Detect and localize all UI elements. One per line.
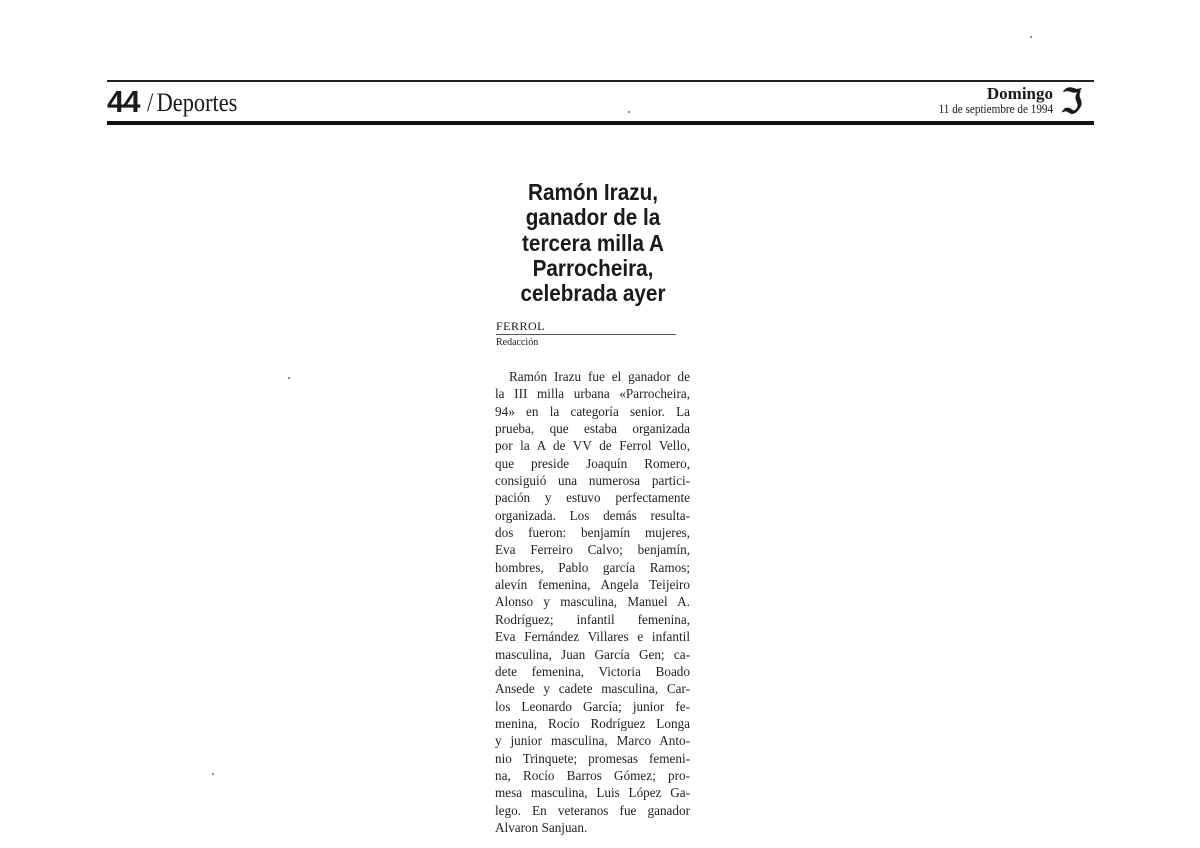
- body-line: pación y estuvo perfectamente: [495, 489, 690, 506]
- body-line: hombres, Pablo garcía Ramos;: [495, 559, 690, 576]
- body-line: consiguió una numerosa partici-: [495, 472, 690, 489]
- scan-speck: [288, 377, 290, 379]
- scan-speck: [1030, 36, 1032, 38]
- page-number: 44: [107, 84, 139, 120]
- body-line: los Leonardo García; junior fe-: [495, 698, 690, 715]
- scan-speck: [212, 773, 214, 775]
- headline-line: celebrada ayer: [499, 281, 688, 306]
- body-line: 94» en la categoría senior. La: [495, 403, 690, 420]
- body-line: Eva Ferreiro Calvo; benjamín,: [495, 541, 690, 558]
- section-title: /Deportes: [147, 86, 237, 120]
- byline-place: FERROL: [496, 319, 545, 334]
- body-line: mesa masculina, Luis López Ga-: [495, 784, 690, 801]
- body-line: Alvaron Sanjuan.: [495, 819, 690, 836]
- body-line: y junior masculina, Marco Anto-: [495, 732, 690, 749]
- article-body: Ramón Irazu fue el ganador de la III mil…: [495, 368, 690, 836]
- body-line: la III milla urbana «Parrocheira,: [495, 385, 690, 402]
- byline-rule: [496, 334, 676, 335]
- body-line: Alonso y masculina, Manuel A.: [495, 593, 690, 610]
- header-bottom-rule: [107, 121, 1094, 125]
- section-separator: /: [147, 88, 153, 117]
- headline-line: tercera milla A: [499, 231, 688, 256]
- body-line: lego. En veteranos fue ganador: [495, 802, 690, 819]
- scan-speck: [628, 111, 630, 113]
- header-top-rule: [107, 80, 1094, 82]
- body-line: Rodríguez; infantil femenina,: [495, 611, 690, 628]
- headline-line: Parrocheira,: [499, 256, 688, 281]
- byline-author: Redacción: [496, 337, 538, 348]
- headline-line: ganador de la: [499, 205, 688, 230]
- body-line: na, Rocío Barros Gómez; pro-: [495, 767, 690, 784]
- body-line: alevín femenina, Angela Teijeiro: [495, 576, 690, 593]
- body-line: Ramón Irazu fue el ganador de: [495, 368, 690, 385]
- publication-date: 11 de septiembre de 1994: [939, 102, 1053, 116]
- body-line: menina, Rocío Rodríguez Longa: [495, 715, 690, 732]
- body-line: nio Trinquete; promesas femeni-: [495, 750, 690, 767]
- weekday: Domingo: [920, 85, 1053, 102]
- article-headline: Ramón Irazu, ganador de la tercera milla…: [499, 180, 688, 306]
- body-line: masculina, Juan García Gen; ca-: [495, 646, 690, 663]
- body-line: que preside Joaquín Romero,: [495, 455, 690, 472]
- body-line: dete femenina, Victoria Boado: [495, 663, 690, 680]
- body-line: Ansede y cadete masculina, Car-: [495, 680, 690, 697]
- headline-line: Ramón Irazu,: [499, 180, 688, 205]
- date-block: Domingo 11 de septiembre de 1994: [920, 85, 1053, 116]
- newspaper-logo-icon: ℑ: [1061, 84, 1082, 120]
- body-line: organizada. Los demás resulta-: [495, 507, 690, 524]
- body-line: por la A de VV de Ferrol Vello,: [495, 437, 690, 454]
- body-line: dos fueron: benjamín mujeres,: [495, 524, 690, 541]
- section-name: Deportes: [157, 88, 238, 117]
- body-line: prueba, que estaba organizada: [495, 420, 690, 437]
- body-line: Eva Fernández Villares e infantil: [495, 628, 690, 645]
